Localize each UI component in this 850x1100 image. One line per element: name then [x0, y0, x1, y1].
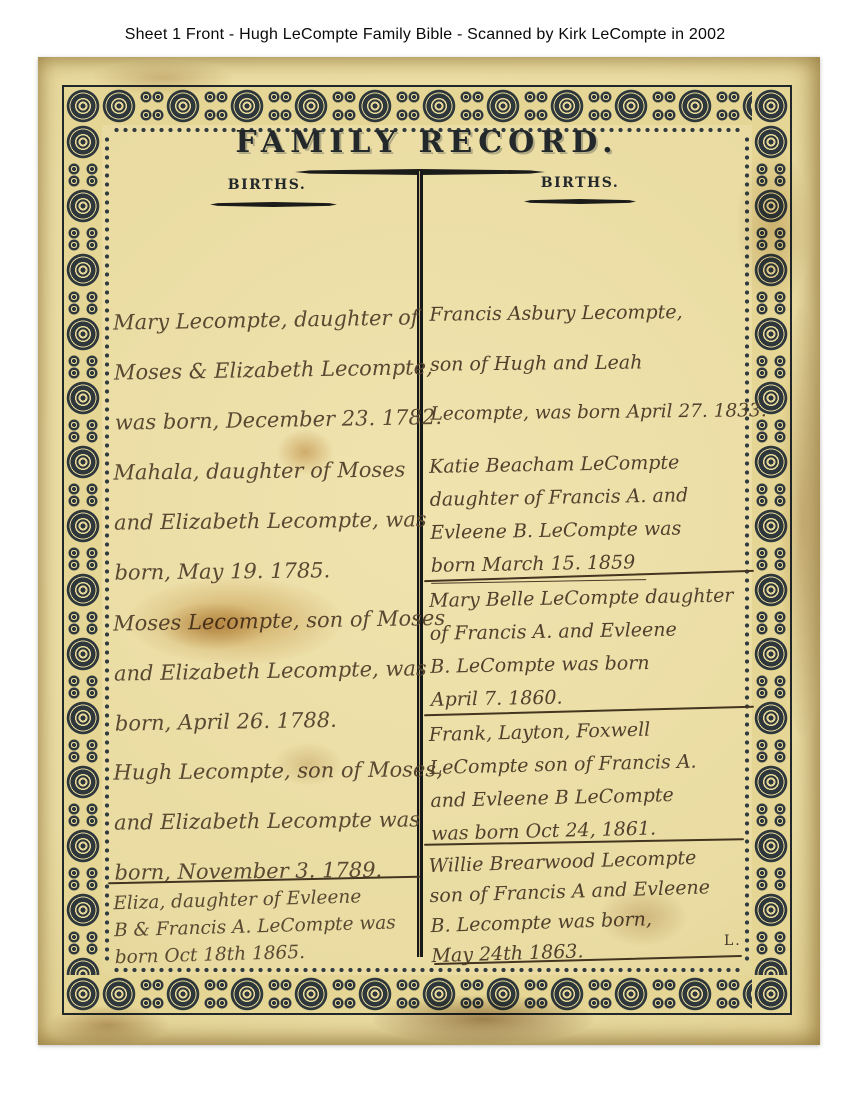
border-rosette-band-left	[64, 125, 102, 975]
entry-line: Mary Lecompte, daughter of	[113, 292, 418, 347]
record-content: FAMILY RECORD. BIRTHS. BIRTHS. Mary Leco…	[112, 135, 742, 965]
border-rosette-band-top	[102, 87, 752, 125]
entry-line: Lecompte, was born April 27. 1833.	[430, 386, 757, 439]
bible-page: FAMILY RECORD. BIRTHS. BIRTHS. Mary Leco…	[38, 57, 820, 1045]
entry-line: Francis Asbury Lecompte,	[429, 286, 756, 339]
birth-entry: Francis Asbury Lecompte, son of Hugh and…	[429, 286, 757, 439]
entry-line: Moses & Elizabeth Lecompte,	[114, 342, 419, 397]
birth-entry: Mahala, daughter of Moses and Elizabeth …	[113, 444, 419, 597]
birth-entry: Hugh Lecompte, son of Moses, and Elizabe…	[113, 744, 419, 897]
entry-line: son of Hugh and Leah	[430, 336, 757, 389]
births-header-left: BIRTHS.	[202, 177, 332, 193]
birth-entry: Mary Lecompte, daughter of Moses & Eliza…	[113, 292, 420, 447]
family-record-title: FAMILY RECORD.	[112, 125, 742, 160]
entry-line: born, April 26. 1788.	[114, 693, 419, 748]
entry-line: and Elizabeth Lecompte was	[114, 794, 419, 847]
border-rosette-band-bottom	[102, 975, 752, 1013]
entry-line: born, May 19. 1785.	[114, 544, 419, 597]
births-header-right: BIRTHS.	[515, 175, 645, 191]
entry-line: Moses Lecompte, son of Moses	[113, 593, 418, 648]
border-corner-rosette	[752, 87, 790, 125]
border-corner-rosette	[752, 975, 790, 1013]
birth-entry: Frank, Layton, Foxwell LeCompte son of F…	[428, 711, 757, 851]
entry-line: Hugh Lecompte, son of Moses,	[113, 744, 418, 797]
birth-entry: Moses Lecompte, son of Moses and Elizabe…	[113, 593, 420, 748]
border-rosette-band-right	[752, 125, 790, 975]
births-rule-left	[210, 202, 337, 207]
scan-caption: Sheet 1 Front - Hugh LeCompte Family Bib…	[0, 26, 850, 44]
entry-line: and Elizabeth Lecompte, was	[114, 643, 419, 698]
border-corner-rosette	[64, 975, 102, 1013]
entry-line: Mary Belle LeCompte daughter	[429, 579, 756, 618]
corner-mark: L.	[724, 933, 742, 949]
birth-entry: Mary Belle LeCompte daughter of Francis …	[429, 579, 757, 717]
entry-line: was born, December 23. 1782.	[114, 392, 419, 447]
entry-line: and Elizabeth Lecompte, was	[114, 494, 419, 547]
border-chain-left	[102, 135, 112, 965]
births-rule-right	[524, 199, 636, 204]
ornamental-border: FAMILY RECORD. BIRTHS. BIRTHS. Mary Leco…	[62, 85, 792, 1015]
border-corner-rosette	[64, 87, 102, 125]
birth-entry: Eliza, daughter of Evleene B & Francis A…	[113, 882, 419, 971]
entry-line: Evleene B. LeCompte was	[430, 511, 757, 550]
entry-line: Mahala, daughter of Moses	[113, 444, 418, 497]
birth-entry: Willie Brearwood Lecompte son of Francis…	[428, 841, 758, 971]
birth-entry: Katie Beacham LeCompte daughter of Franc…	[429, 445, 757, 584]
